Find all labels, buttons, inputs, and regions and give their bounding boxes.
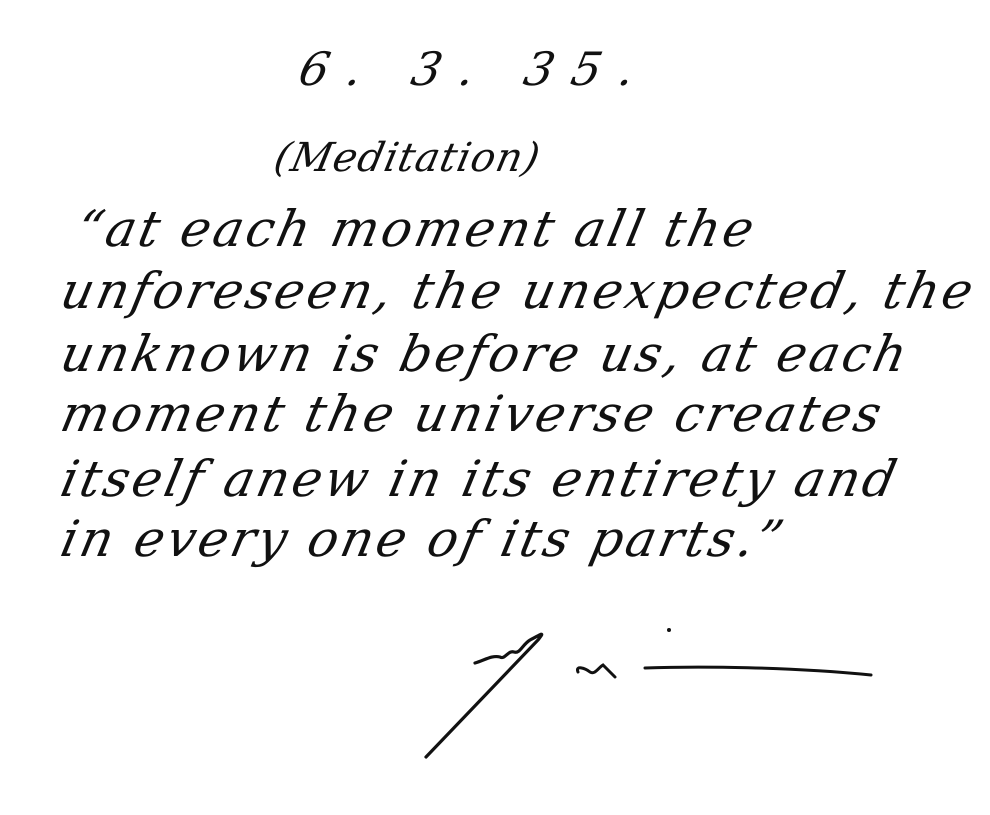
handwritten-page: 6. 3. 35. (Meditation) “at each moment a…: [0, 0, 990, 815]
signature: [0, 0, 990, 815]
